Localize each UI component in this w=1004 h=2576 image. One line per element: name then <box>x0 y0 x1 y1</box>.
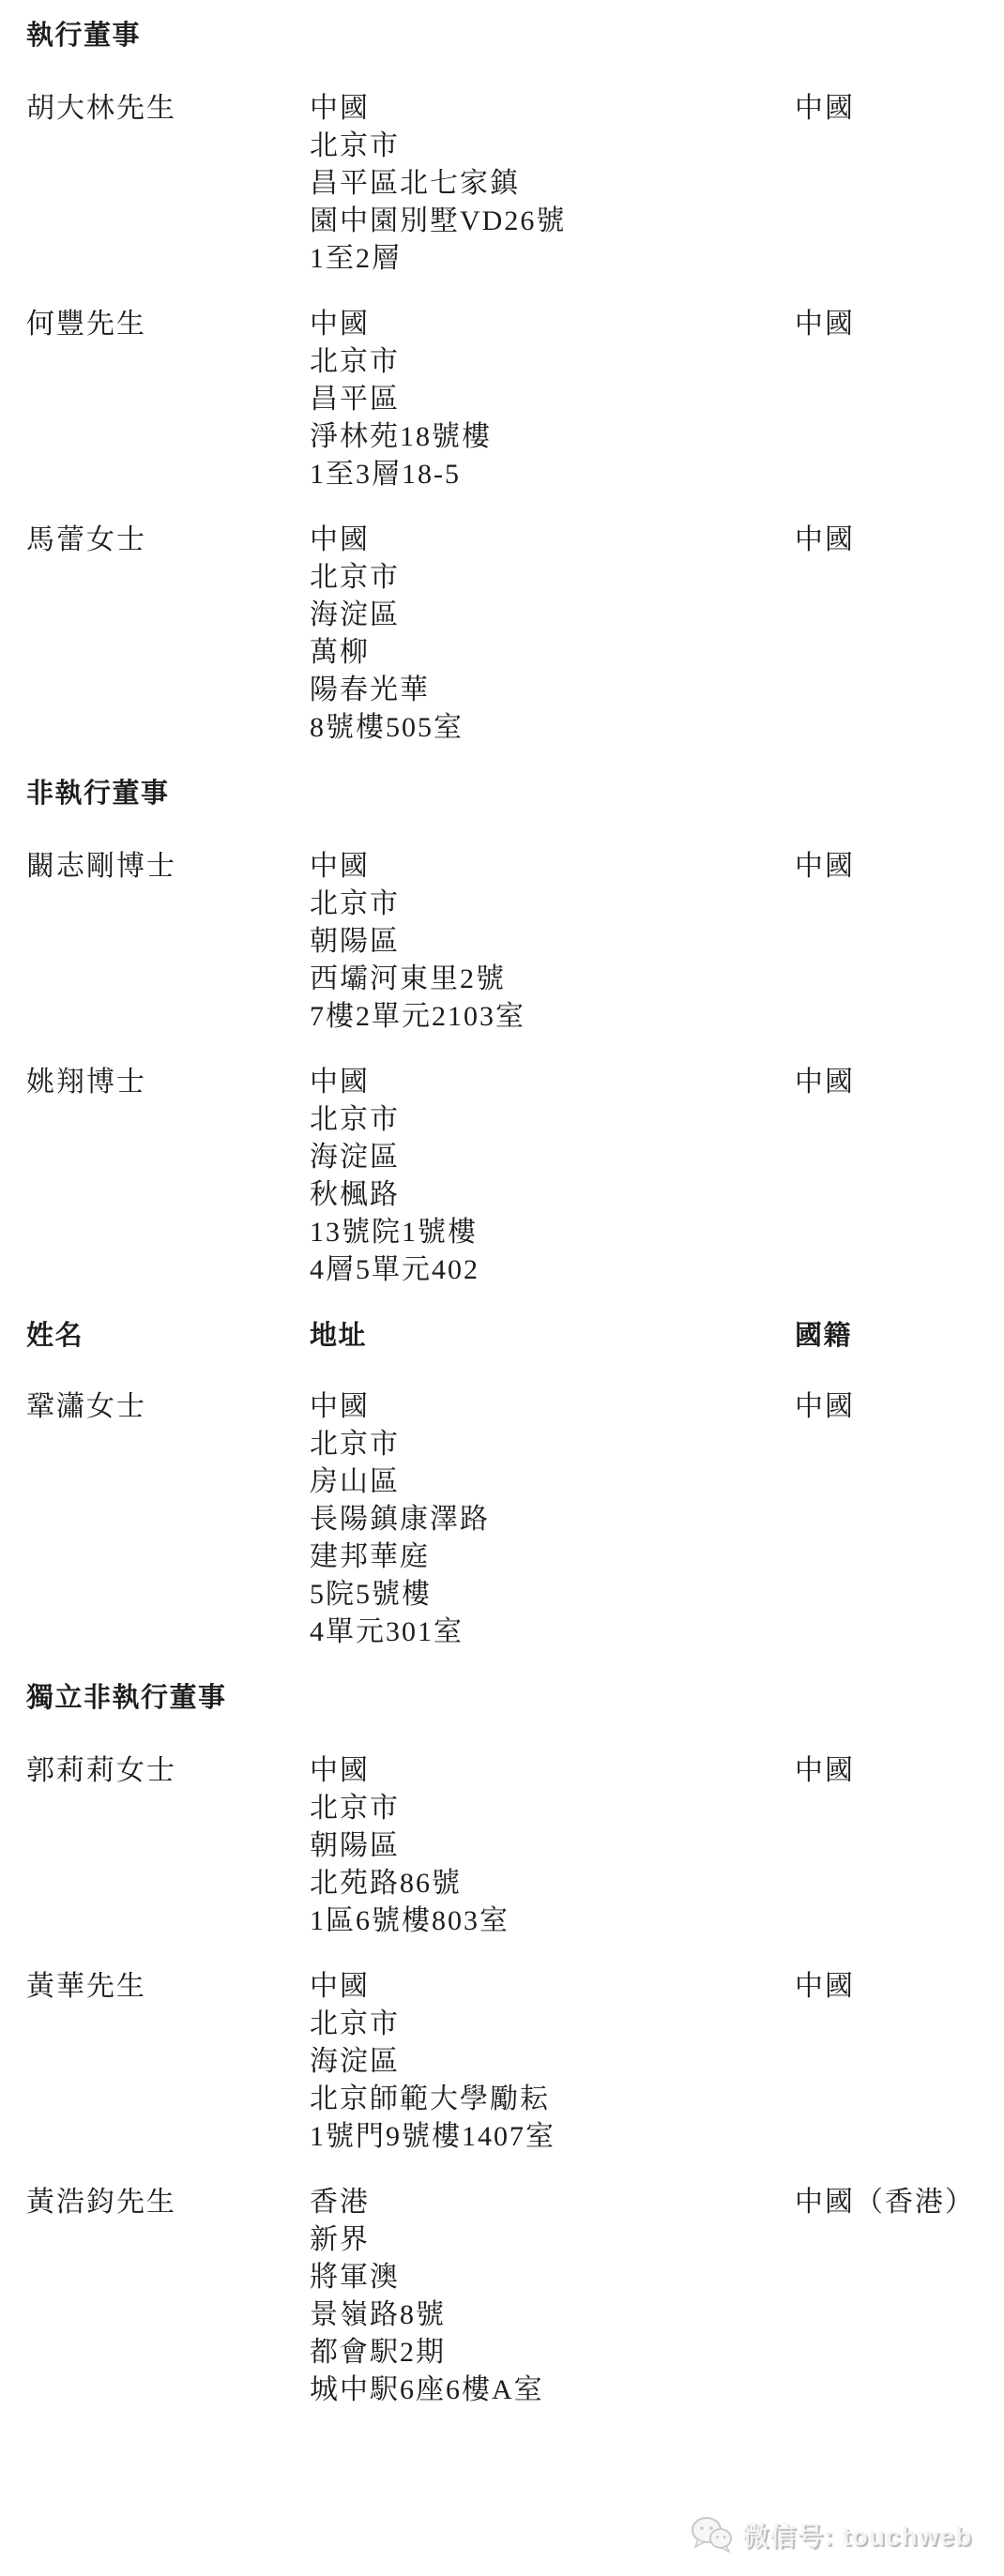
column-header-name: 姓名 <box>26 1317 310 1355</box>
director-name: 姚翔博士 <box>26 1064 310 1101</box>
address-line: 北京市 <box>310 1790 795 1827</box>
address-line: 建邦華庭 <box>310 1538 795 1576</box>
address-line: 4層5單元402 <box>310 1251 795 1289</box>
address-line: 園中園別墅VD26號 <box>310 203 795 240</box>
address-line: 北京市 <box>310 2006 795 2043</box>
address-line: 中國 <box>310 1388 795 1426</box>
address-line: 北京市 <box>310 559 795 597</box>
director-address: 香港新界將軍澳景嶺路8號都會駅2期城中駅6座6樓A室 <box>310 2184 795 2409</box>
address-line: 北京市 <box>310 128 795 165</box>
address-line: 7樓2單元2103室 <box>310 998 795 1036</box>
director-nationality: 中國 <box>795 1388 978 1426</box>
section-heading: 非執行董事 <box>26 775 978 812</box>
director-name: 郭莉莉女士 <box>26 1752 310 1790</box>
director-row: 黃浩鈞先生香港新界將軍澳景嶺路8號都會駅2期城中駅6座6樓A室中國（香港） <box>26 2184 978 2409</box>
address-line: 北京市 <box>310 1101 795 1139</box>
address-line: 1號門9號樓1407室 <box>310 2118 795 2156</box>
address-line: 中國 <box>310 90 795 128</box>
address-line: 8號樓505室 <box>310 709 795 747</box>
address-line: 景嶺路8號 <box>310 2296 795 2334</box>
director-nationality: 中國 <box>795 90 978 128</box>
director-name: 黃浩鈞先生 <box>26 2184 310 2221</box>
director-name: 馬蕾女士 <box>26 522 310 559</box>
director-address: 中國北京市昌平區北七家鎮園中園別墅VD26號1至2層 <box>310 90 795 278</box>
address-line: 4單元301室 <box>310 1614 795 1651</box>
address-line: 5院5號樓 <box>310 1576 795 1614</box>
address-line: 秋楓路 <box>310 1176 795 1214</box>
director-nationality: 中國 <box>795 1064 978 1101</box>
address-line: 長陽鎮康澤路 <box>310 1501 795 1538</box>
director-row: 姚翔博士中國北京市海淀區秋楓路13號院1號樓4層5單元402中國 <box>26 1064 978 1289</box>
table-header-row: 姓名地址國籍 <box>26 1317 978 1355</box>
address-line: 昌平區 <box>310 381 795 418</box>
director-name: 何豐先生 <box>26 306 310 343</box>
director-address: 中國北京市海淀區秋楓路13號院1號樓4層5單元402 <box>310 1064 795 1289</box>
director-name: 黃華先生 <box>26 1968 310 2006</box>
address-line: 城中駅6座6樓A室 <box>310 2371 795 2409</box>
address-line: 海淀區 <box>310 1139 795 1176</box>
director-address: 中國北京市朝陽區北苑路86號1區6號樓803室 <box>310 1752 795 1940</box>
director-row: 鞏瀟女士中國北京市房山區長陽鎮康澤路建邦華庭5院5號樓4單元301室中國 <box>26 1388 978 1651</box>
director-name: 胡大林先生 <box>26 90 310 128</box>
address-line: 北京市 <box>310 886 795 923</box>
address-line: 昌平區北七家鎮 <box>310 165 795 203</box>
address-line: 1區6號樓803室 <box>310 1902 795 1940</box>
address-line: 北京市 <box>310 1426 795 1463</box>
director-nationality: 中國 <box>795 1752 978 1790</box>
wechat-icon <box>691 2516 734 2553</box>
address-line: 中國 <box>310 848 795 886</box>
director-address: 中國北京市海淀區北京師範大學勵耘1號門9號樓1407室 <box>310 1968 795 2156</box>
address-line: 中國 <box>310 1752 795 1790</box>
address-line: 中國 <box>310 306 795 343</box>
address-line: 北京市 <box>310 343 795 381</box>
address-line: 朝陽區 <box>310 1827 795 1865</box>
director-row: 闞志剛博士中國北京市朝陽區西壩河東里2號7樓2單元2103室中國 <box>26 848 978 1036</box>
address-line: 房山區 <box>310 1463 795 1501</box>
address-line: 香港 <box>310 2184 795 2221</box>
address-line: 海淀區 <box>310 597 795 634</box>
column-header-address: 地址 <box>310 1317 795 1355</box>
director-nationality: 中國 <box>795 306 978 343</box>
address-line: 都會駅2期 <box>310 2334 795 2371</box>
address-line: 海淀區 <box>310 2043 795 2081</box>
address-line: 中國 <box>310 522 795 559</box>
watermark-text: 微信号: touchweb <box>742 2516 972 2553</box>
column-header-nationality: 國籍 <box>795 1317 978 1355</box>
director-name: 闞志剛博士 <box>26 848 310 886</box>
address-line: 朝陽區 <box>310 923 795 961</box>
section-heading: 執行董事 <box>26 17 978 54</box>
address-line: 淨林苑18號樓 <box>310 418 795 456</box>
address-line: 1至2層 <box>310 240 795 278</box>
address-line: 西壩河東里2號 <box>310 961 795 998</box>
director-name: 鞏瀟女士 <box>26 1388 310 1426</box>
watermark: 微信号: touchweb <box>691 2516 972 2553</box>
director-address: 中國北京市朝陽區西壩河東里2號7樓2單元2103室 <box>310 848 795 1036</box>
address-line: 北苑路86號 <box>310 1865 795 1902</box>
director-nationality: 中國 <box>795 848 978 886</box>
director-nationality: 中國（香港） <box>795 2184 978 2221</box>
address-line: 中國 <box>310 1968 795 2006</box>
director-row: 黃華先生中國北京市海淀區北京師範大學勵耘1號門9號樓1407室中國 <box>26 1968 978 2156</box>
address-line: 萬柳 <box>310 634 795 672</box>
director-row: 何豐先生中國北京市昌平區淨林苑18號樓1至3層18-5中國 <box>26 306 978 493</box>
director-address: 中國北京市昌平區淨林苑18號樓1至3層18-5 <box>310 306 795 493</box>
doc-content: 執行董事胡大林先生中國北京市昌平區北七家鎮園中園別墅VD26號1至2層中國何豐先… <box>26 17 978 2409</box>
director-nationality: 中國 <box>795 522 978 559</box>
section-heading: 獨立非執行董事 <box>26 1679 978 1717</box>
director-address: 中國北京市房山區長陽鎮康澤路建邦華庭5院5號樓4單元301室 <box>310 1388 795 1651</box>
director-address: 中國北京市海淀區萬柳陽春光華8號樓505室 <box>310 522 795 747</box>
address-line: 北京師範大學勵耘 <box>310 2081 795 2118</box>
director-row: 胡大林先生中國北京市昌平區北七家鎮園中園別墅VD26號1至2層中國 <box>26 90 978 278</box>
address-line: 將軍澳 <box>310 2259 795 2296</box>
address-line: 新界 <box>310 2221 795 2259</box>
address-line: 1至3層18-5 <box>310 456 795 493</box>
director-nationality: 中國 <box>795 1968 978 2006</box>
address-line: 陽春光華 <box>310 672 795 709</box>
address-line: 中國 <box>310 1064 795 1101</box>
director-row: 郭莉莉女士中國北京市朝陽區北苑路86號1區6號樓803室中國 <box>26 1752 978 1940</box>
director-row: 馬蕾女士中國北京市海淀區萬柳陽春光華8號樓505室中國 <box>26 522 978 747</box>
document-page: 執行董事胡大林先生中國北京市昌平區北七家鎮園中園別墅VD26號1至2層中國何豐先… <box>0 0 1004 2576</box>
address-line: 13號院1號樓 <box>310 1214 795 1251</box>
